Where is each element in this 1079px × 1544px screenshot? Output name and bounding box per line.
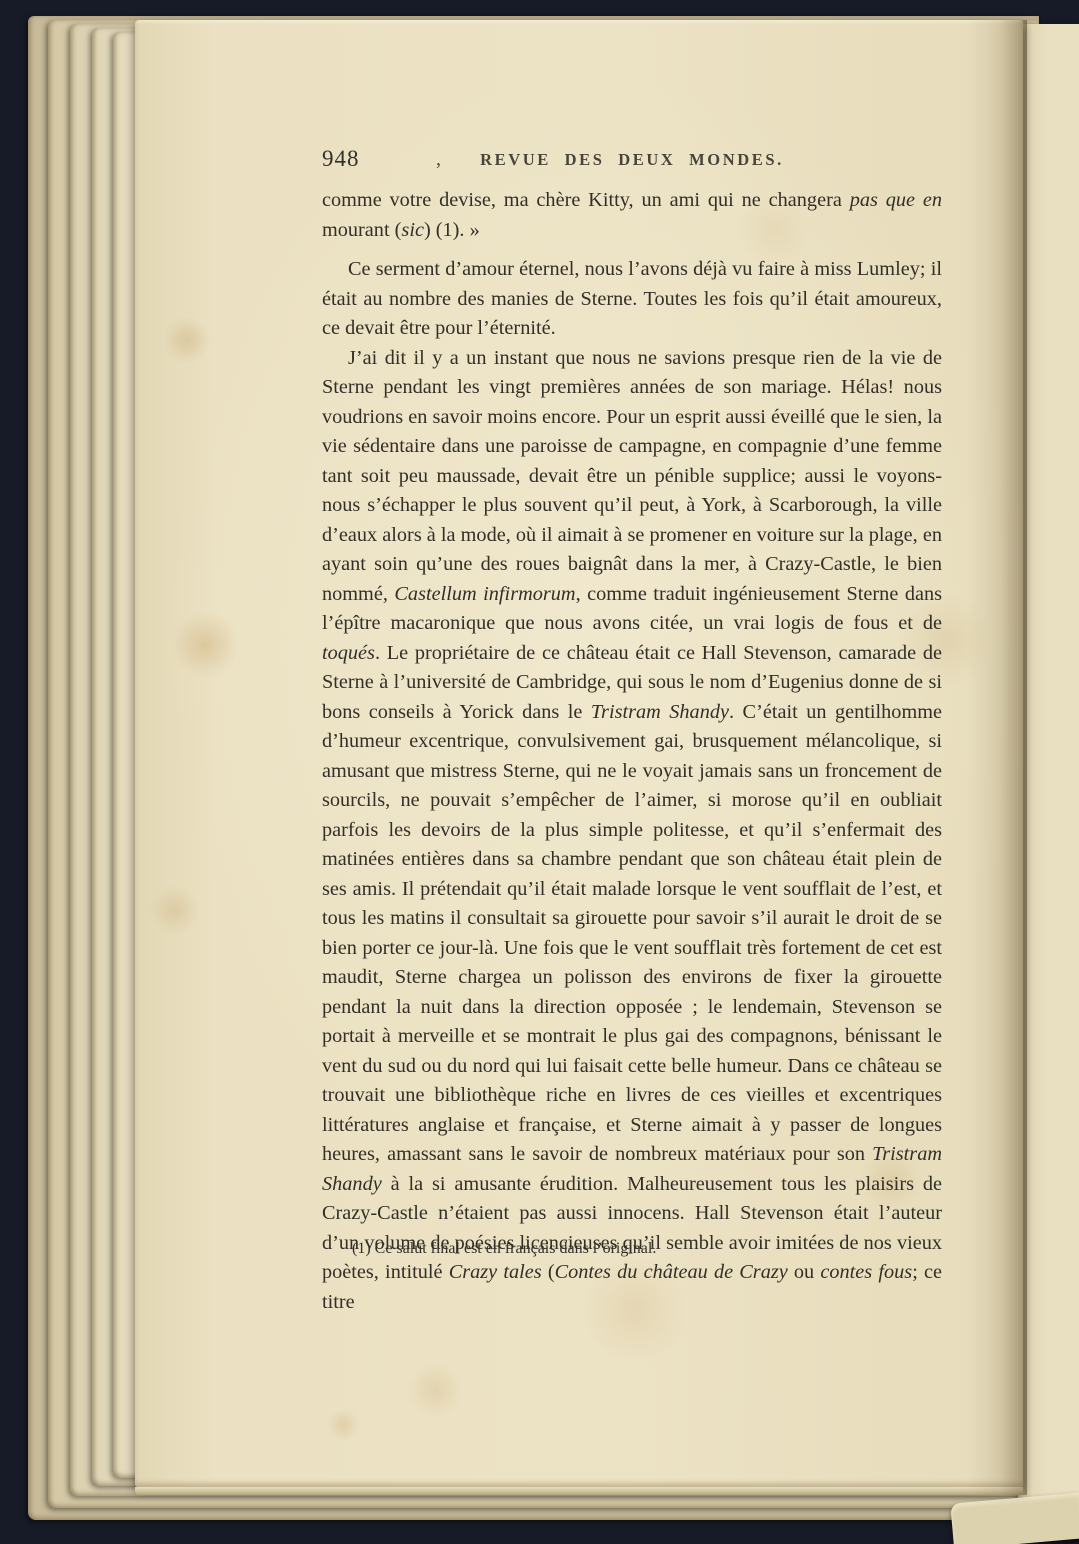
paragraph-continuation: comme votre devise, ma chère Kitty, un a… bbox=[322, 186, 942, 245]
paragraph: J’ai dit il y a un instant que nous ne s… bbox=[322, 344, 942, 1318]
body-text: comme votre devise, ma chère Kitty, un a… bbox=[322, 186, 942, 1317]
running-title: REVUE DES DEUX MONDES. bbox=[322, 150, 942, 170]
paragraph: Ce serment d’amour éternel, nous l’avons… bbox=[322, 255, 942, 344]
page-gutter bbox=[967, 20, 1027, 1495]
facing-page-sliver bbox=[1018, 24, 1079, 1536]
book-photo: 948 , REVUE DES DEUX MONDES. comme votre… bbox=[0, 0, 1079, 1544]
footnote: (1) Ce salut final est en français dans … bbox=[352, 1240, 932, 1258]
page-header: 948 , REVUE DES DEUX MONDES. bbox=[322, 146, 942, 176]
